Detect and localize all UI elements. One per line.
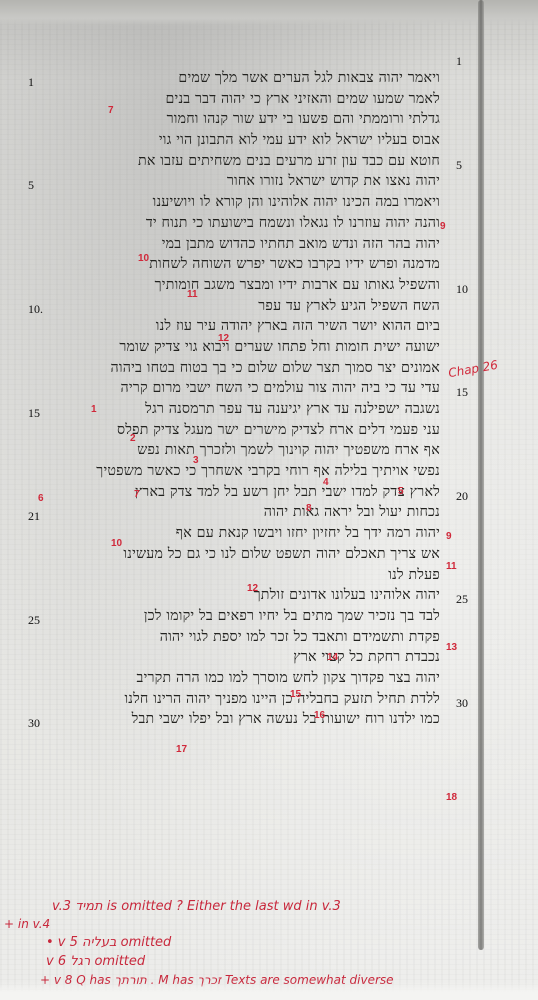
verse-marker: 11 (187, 289, 198, 300)
verse-marker: 10 (111, 538, 122, 549)
verse-marker: 1 (91, 404, 97, 415)
text-line: לבד בך נזכיר שמך מתים בל יחיו רפאים בל י… (42, 606, 440, 627)
text-line: עני פעמי דלים ארח לצדיק מישרים ישר מעגל … (42, 420, 440, 441)
text-line: מדמנה ופרש ידיו בקרבו כאשר יפרש השוחה לש… (42, 254, 440, 275)
text-line: ללדת תחיל תזעק בחבליה כן היינו מפניך יהו… (42, 689, 440, 710)
verse-marker: 12 (218, 333, 229, 344)
line-number-left: 10. (28, 302, 43, 317)
verse-marker: 7 (134, 489, 140, 500)
text-line: אבוס בעליו ישראל לוא ידע עמי לוא התבונן … (42, 130, 440, 151)
text-line: גדלתי ורוממתי והם פשעו בי ידע שור קנהו ו… (42, 109, 440, 130)
text-line: יהוה רמה ידך בל יחזיון יחזו ויבשו קנאת ע… (42, 523, 440, 544)
text-line: ויאמרו במה הכינו יהוה אלוהינו והן קורא ל… (42, 192, 440, 213)
scroll-top-edge (0, 0, 538, 26)
scan-bottom-edge (0, 982, 538, 1000)
text-line: והשפיל גאותו עם ארבות ידיו ומבצר משגב חו… (42, 275, 440, 296)
text-line: אף ארח משפטיך יהוה קוינוך לשמך ולזכרך תא… (42, 440, 440, 461)
text-line: אש צריך תאכלם יהוה תשפט שלום לנו כי גם כ… (42, 544, 440, 565)
verse-marker: 15 (290, 689, 301, 700)
verse-marker: 3 (193, 455, 199, 466)
text-line: נכבדת רחקת כל קצוי ארץ (42, 647, 440, 668)
line-number-left: 30 (28, 716, 40, 731)
line-number-right: 1 (456, 54, 462, 69)
line-number-right: 10 (456, 282, 468, 297)
line-number-right: 25 (456, 592, 468, 607)
verse-marker: 12 (247, 583, 258, 594)
verse-marker: 16 (314, 710, 325, 721)
note-line-3: • v 5 בעליה omitted (46, 935, 171, 950)
verse-marker: 11 (446, 561, 457, 572)
text-line: השח השפיל הגיע לארץ עד עפר (42, 296, 440, 317)
note-line-4: v 6 רגל omitted (46, 954, 145, 969)
verse-marker: 10 (138, 253, 149, 264)
verse-marker: 8 (306, 503, 312, 514)
text-line: נפשי אויתיך בלילה אף רוחי בקרבי אשחרך כי… (42, 461, 440, 482)
verse-marker: 18 (446, 792, 457, 803)
text-line: לאמר שמעו שמים והאזיני ארץ כי יהוה דבר ב… (42, 89, 440, 110)
verse-marker: 13 (446, 642, 457, 653)
text-line: עדי עד כי ביה יהוה צור עולמים כי השח ישב… (42, 378, 440, 399)
line-number-right: 30 (456, 696, 468, 711)
line-number-right: 20 (456, 489, 468, 504)
text-line: נכחות יעול ובל יראה גאות יהוה (42, 502, 440, 523)
line-number-right: 15 (456, 385, 468, 400)
text-line: אמונים יצר סמוך תצר שלום שלום כי בך בטוח… (42, 358, 440, 379)
text-line: חוטא עם כבד עון זרע מרעים בנים משחיתים ע… (42, 151, 440, 172)
line-number-left: 5 (28, 178, 34, 193)
verse-marker: 9 (446, 531, 452, 542)
main-text-column: ויאמר יהוה צבאות לגל הערים אשר מלך שמיםל… (42, 68, 440, 730)
text-line: יהוה אלוהינו בעלונו אדונים זולתך (42, 585, 440, 606)
text-line: יהוה בהר הזה ונדש מואב תחתיו כהדוש מתבן … (42, 234, 440, 255)
text-line: נשגבה ישפילנה עד ארץ יגיענה עד עפר תרמסנ… (42, 399, 440, 420)
line-number-left: 15 (28, 406, 40, 421)
verse-marker: 2 (130, 433, 136, 444)
note-line-2: + in v.4 (4, 917, 50, 931)
text-line: ביום ההוא יושר השיר הזה בארץ יהודה עיר ע… (42, 316, 440, 337)
sheet-seam (478, 0, 484, 950)
verse-marker: 7 (108, 105, 114, 116)
text-line: לארץ צדק למדו ישבי תבל יחן רשע בל למד צד… (42, 482, 440, 503)
note-line-1: v.3 תמיד is omitted ? Either the last wd… (52, 899, 341, 914)
verse-marker: 17 (176, 744, 187, 755)
text-line: כמו ילדנו רוח ישועות בל נעשה ארץ ובל יפל… (42, 709, 440, 730)
line-number-left: 25 (28, 613, 40, 628)
line-number-left: 1 (28, 75, 34, 90)
text-line: יהוה נאצו את קדוש ישראל נזורו אחור (42, 171, 440, 192)
verse-marker: 9 (440, 221, 446, 232)
text-line: ישועה ישית חומות וחל פתחו שערים ויבוא גו… (42, 337, 440, 358)
text-line: פקדת ותשמידם ותאבד כל זכר למו יספת לגוי … (42, 627, 440, 648)
line-number-left: 21 (28, 509, 40, 524)
verse-marker: 14 (327, 652, 338, 663)
text-line: יהוה בצר פקדוך צקון לחש מוסרך למו כמו הר… (42, 668, 440, 689)
text-line: פעלת לנו (42, 565, 440, 586)
line-number-right: 5 (456, 158, 462, 173)
text-line: ויאמר יהוה צבאות לגל הערים אשר מלך שמים (42, 68, 440, 89)
text-line: והנה יהוה עוזרנו לו נגאלו ונשמח בישועתו … (42, 213, 440, 234)
verse-marker: 4 (323, 477, 329, 488)
verse-marker: 5 (398, 486, 404, 497)
verse-marker: 6 (38, 493, 44, 504)
